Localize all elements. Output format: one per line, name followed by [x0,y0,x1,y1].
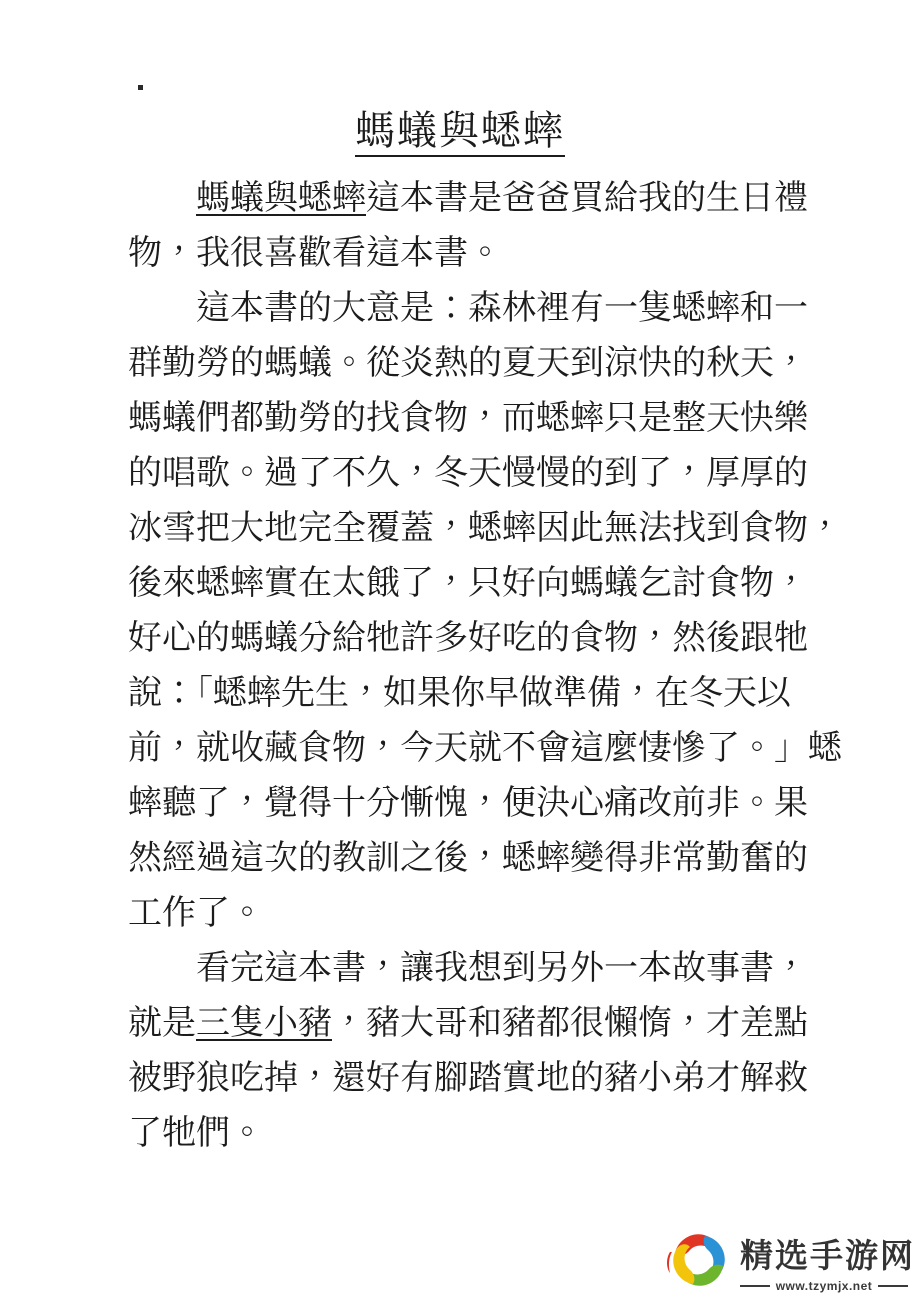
text-segment: 的唱歌。過了不久，冬天慢慢的到了，厚厚的 [128,455,808,492]
watermark-text-column: 精选手游网 www.tzymjx.net [740,1238,915,1293]
text-line: 說：「蟋蟀先生，如果你早做準備，在冬天以 [128,666,808,721]
text-segment: 後來蟋蟀實在太餓了，只好向螞蟻乞討食物， [128,565,808,602]
text-line: 的唱歌。過了不久，冬天慢慢的到了，厚厚的 [128,446,808,501]
text-segment: ，豬大哥和豬都很懶惰，才差點 [332,1005,808,1042]
text-segment: 這本書的大意是：森林裡有一隻蟋蟀和一 [196,290,808,327]
stray-dot-mark [138,85,143,90]
page-title: 螞蟻與蟋蟀 [355,108,565,157]
text-line: 群勤勞的螞蟻。從炎熱的夏天到涼快的秋天， [128,336,808,391]
text-line: 這本書的大意是：森林裡有一隻蟋蟀和一 [128,281,808,336]
text-segment: 前，就收藏食物，今天就不會這麼悽慘了。」蟋 [128,730,842,767]
text-line: 就是三隻小豬，豬大哥和豬都很懶惰，才差點 [128,996,808,1051]
text-segment: 就是 [128,1005,196,1042]
text-line: 被野狼吃掉，還好有腳踏實地的豬小弟才解救 [128,1051,808,1106]
title-row: 螞蟻與蟋蟀 [0,108,920,157]
text-segment: 冰雪把大地完全覆蓋，蟋蟀因此無法找到食物， [128,510,842,547]
text-line: 螞蟻們都勤勞的找食物，而蟋蟀只是整天快樂 [128,391,808,446]
text-segment: 物，我很喜歡看這本書。 [128,235,502,272]
document-body: 螞蟻與蟋蟀這本書是爸爸買給我的生日禮物，我很喜歡看這本書。這本書的大意是：森林裡… [128,171,808,1161]
text-segment: 工作了。 [128,895,264,932]
right-dash-line [878,1285,908,1287]
text-segment: 被野狼吃掉，還好有腳踏實地的豬小弟才解救 [128,1060,808,1097]
text-line: 後來蟋蟀實在太餓了，只好向螞蟻乞討食物， [128,556,808,611]
text-line: 物，我很喜歡看這本書。 [128,226,808,281]
site-name: 精选手游网 [740,1238,915,1274]
text-segment: 了牠們。 [128,1115,264,1152]
text-segment: 說：「蟋蟀先生，如果你早做準備，在冬天以 [128,675,791,712]
text-segment: 螞蟻們都勤勞的找食物，而蟋蟀只是整天快樂 [128,400,808,437]
text-line: 蟀聽了，覺得十分慚愧，便決心痛改前非。果 [128,776,808,831]
underlined-text: 螞蟻與蟋蟀 [196,180,366,217]
text-line: 好心的螞蟻分給牠許多好吃的食物，然後跟牠 [128,611,808,666]
pinwheel-logo-icon [666,1224,732,1294]
text-line: 螞蟻與蟋蟀這本書是爸爸買給我的生日禮 [128,171,808,226]
text-segment: 群勤勞的螞蟻。從炎熱的夏天到涼快的秋天， [128,345,808,382]
text-segment: 蟀聽了，覺得十分慚愧，便決心痛改前非。果 [128,785,808,822]
site-url: www.tzymjx.net [776,1279,873,1293]
text-line: 了牠們。 [128,1106,808,1161]
text-line: 然經過這次的教訓之後，蟋蟀變得非常勤奮的 [128,831,808,886]
text-line: 冰雪把大地完全覆蓋，蟋蟀因此無法找到食物， [128,501,808,556]
text-line: 工作了。 [128,886,808,941]
site-watermark: 精选手游网 www.tzymjx.net [666,1224,915,1294]
document-page: 螞蟻與蟋蟀 螞蟻與蟋蟀這本書是爸爸買給我的生日禮物，我很喜歡看這本書。這本書的大… [0,0,920,1302]
text-segment: 好心的螞蟻分給牠許多好吃的食物，然後跟牠 [128,620,808,657]
underlined-text: 三隻小豬 [196,1005,332,1042]
text-line: 看完這本書，讓我想到另外一本故事書， [128,941,808,996]
site-url-row: www.tzymjx.net [740,1279,908,1293]
text-segment: 然經過這次的教訓之後，蟋蟀變得非常勤奮的 [128,840,808,877]
text-segment: 看完這本書，讓我想到另外一本故事書， [196,950,808,987]
text-line: 前，就收藏食物，今天就不會這麼悽慘了。」蟋 [128,721,808,776]
left-dash-line [740,1285,770,1287]
text-segment: 這本書是爸爸買給我的生日禮 [366,180,808,217]
